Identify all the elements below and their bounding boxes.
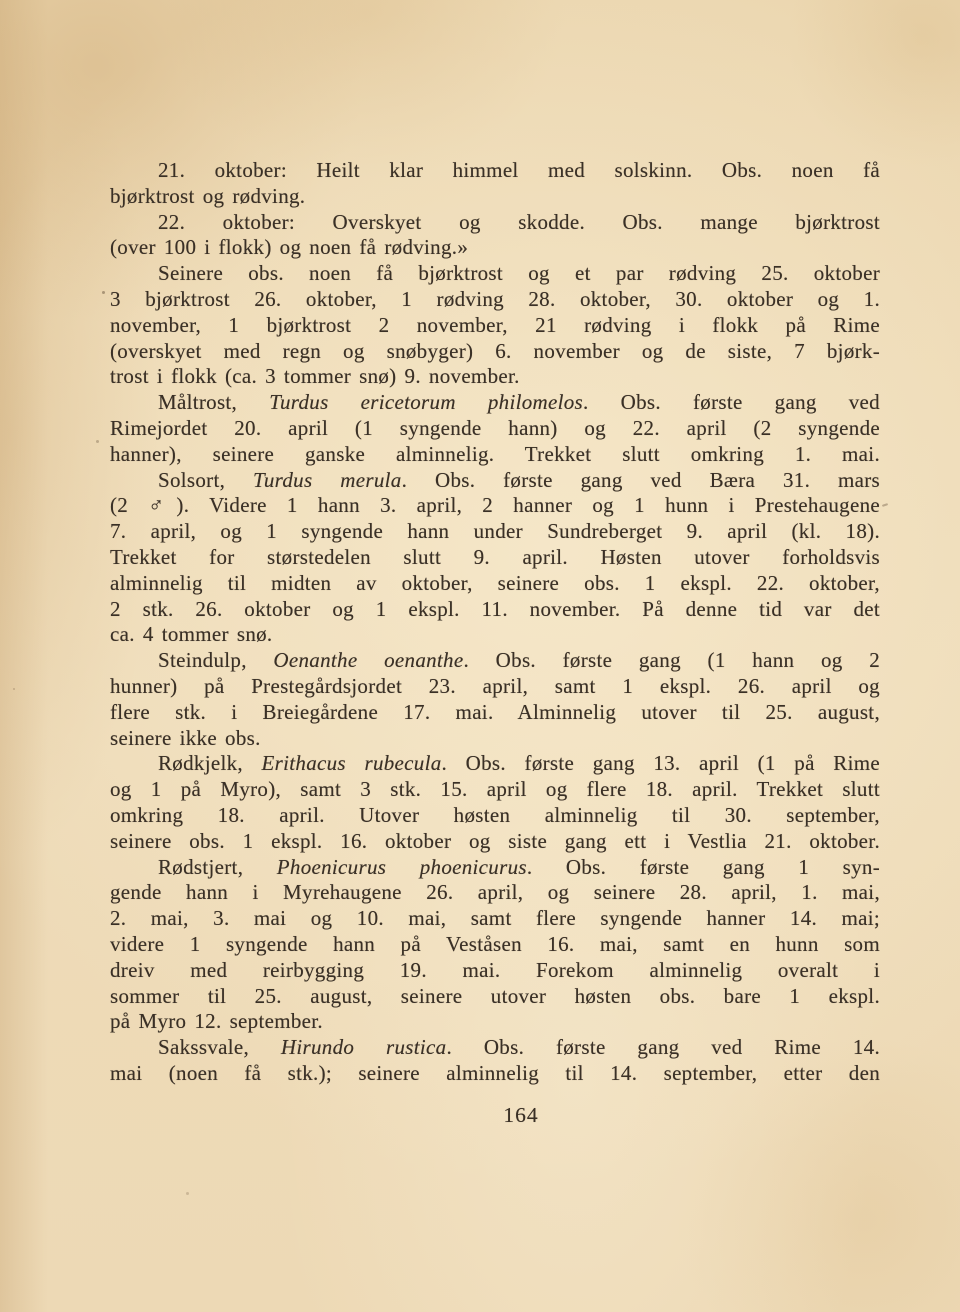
paper-speck bbox=[882, 503, 888, 507]
text-segment: hanner), seinere ganske alminnelig. Trek… bbox=[110, 442, 880, 466]
text-segment: flere stk. i Breiegårdene 17. mai. Almin… bbox=[110, 700, 880, 724]
text-segment: alminnelig til midten av oktober, seiner… bbox=[110, 571, 880, 595]
paragraph: 22. oktober: Overskyet og skodde. Obs. m… bbox=[110, 210, 880, 262]
text-line: ca. 4 tommer snø. bbox=[110, 622, 880, 648]
text-line: 2. mai, 3. mai og 10. mai, samt flere sy… bbox=[110, 906, 880, 932]
text-line: seinere obs. 1 ekspl. 16. oktober og sis… bbox=[110, 829, 880, 855]
text-segment: og 1 på Myro), samt 3 stk. 15. april og … bbox=[110, 777, 880, 801]
text-line: videre 1 syngende hann på Veståsen 16. m… bbox=[110, 932, 880, 958]
text-segment: gende hann i Myrehaugene 26. april, og s… bbox=[110, 880, 880, 904]
text-line: 3 bjørktrost 26. oktober, 1 rødving 28. … bbox=[110, 287, 880, 313]
text-segment: Solsort, bbox=[158, 468, 253, 492]
text-segment: seinere obs. 1 ekspl. 16. oktober og sis… bbox=[110, 829, 880, 853]
text-segment: bjørktrost og rødving. bbox=[110, 184, 305, 208]
text-segment: (over 100 i flokk) og noen få rødving.» bbox=[110, 235, 468, 259]
species-latin-name: Oenanthe oenanthe bbox=[273, 648, 463, 672]
text-line: flere stk. i Breiegårdene 17. mai. Almin… bbox=[110, 700, 880, 726]
text-segment: (overskyet med regn og snøbyger) 6. nove… bbox=[110, 339, 880, 363]
species-latin-name: Phoenicurus phoenicurus bbox=[277, 855, 527, 879]
text-segment: Rimejordet 20. april (1 syngende hann) o… bbox=[110, 416, 880, 440]
text-segment: Rødkjelk, bbox=[158, 751, 262, 775]
text-segment: 3 bjørktrost 26. oktober, 1 rødving 28. … bbox=[110, 287, 880, 311]
text-line: trost i flokk (ca. 3 tommer snø) 9. nove… bbox=[110, 364, 880, 390]
text-segment: videre 1 syngende hann på Veståsen 16. m… bbox=[110, 932, 880, 956]
text-segment: mai (noen få stk.); seinere alminnelig t… bbox=[110, 1061, 880, 1085]
text-line: (overskyet med regn og snøbyger) 6. nove… bbox=[110, 339, 880, 365]
text-segment: dreiv med reirbygging 19. mai. Forekom a… bbox=[110, 958, 880, 982]
paragraph: Måltrost, Turdus ericetorum philomelos. … bbox=[110, 390, 880, 467]
text-line: (2 ♂). Videre 1 hann 3. april, 2 hanner … bbox=[110, 493, 880, 519]
text-line: dreiv med reirbygging 19. mai. Forekom a… bbox=[110, 958, 880, 984]
text-line: gende hann i Myrehaugene 26. april, og s… bbox=[110, 880, 880, 906]
species-latin-name: Hirundo rustica bbox=[281, 1035, 447, 1059]
text-line: bjørktrost og rødving. bbox=[110, 184, 880, 210]
text-line: Rødstjert, Phoenicurus phoenicurus. Obs.… bbox=[110, 855, 880, 881]
text-segment: Steindulp, bbox=[158, 648, 273, 672]
text-line: på Myro 12. september. bbox=[110, 1009, 880, 1035]
species-latin-name: Erithacus rubecula bbox=[262, 751, 442, 775]
text-segment: november, 1 bjørktrost 2 november, 21 rø… bbox=[110, 313, 880, 337]
text-line: omkring 18. april. Utover høsten alminne… bbox=[110, 803, 880, 829]
paragraph: Seinere obs. noen få bjørktrost og et pa… bbox=[110, 261, 880, 390]
text-line: 21. oktober: Heilt klar himmel med solsk… bbox=[110, 158, 880, 184]
text-line: 7. april, og 1 syngende hann under Sundr… bbox=[110, 519, 880, 545]
text-segment: . Obs. første gang (1 hann og 2 bbox=[463, 648, 880, 672]
species-latin-name: Turdus ericetorum philomelos bbox=[269, 390, 583, 414]
text-line: Steindulp, Oenanthe oenanthe. Obs. først… bbox=[110, 648, 880, 674]
text-line: Måltrost, Turdus ericetorum philomelos. … bbox=[110, 390, 880, 416]
text-line: 22. oktober: Overskyet og skodde. Obs. m… bbox=[110, 210, 880, 236]
paragraph: 21. oktober: Heilt klar himmel med solsk… bbox=[110, 158, 880, 210]
text-segment: trost i flokk (ca. 3 tommer snø) 9. nove… bbox=[110, 364, 520, 388]
text-segment: (2 ♂). Videre 1 hann 3. april, 2 hanner … bbox=[110, 493, 880, 517]
book-page: 21. oktober: Heilt klar himmel med solsk… bbox=[0, 0, 960, 1312]
text-segment: . Obs. første gang ved bbox=[583, 390, 880, 414]
species-latin-name: Turdus merula bbox=[253, 468, 402, 492]
text-segment: på Myro 12. september. bbox=[110, 1009, 323, 1033]
text-line: mai (noen få stk.); seinere alminnelig t… bbox=[110, 1061, 880, 1087]
text-line: Sakssvale, Hirundo rustica. Obs. første … bbox=[110, 1035, 880, 1061]
paragraph: Solsort, Turdus merula. Obs. første gang… bbox=[110, 468, 880, 649]
text-line: seinere ikke obs. bbox=[110, 726, 880, 752]
text-segment: 7. april, og 1 syngende hann under Sundr… bbox=[110, 519, 880, 543]
text-segment: seinere ikke obs. bbox=[110, 726, 261, 750]
text-line: Rimejordet 20. april (1 syngende hann) o… bbox=[110, 416, 880, 442]
text-segment: . Obs. første gang ved Rime 14. bbox=[446, 1035, 880, 1059]
text-segment: Trekket for størstedelen slutt 9. april.… bbox=[110, 545, 880, 569]
text-segment: . Obs. første gang ved Bæra 31. mars bbox=[402, 468, 880, 492]
text-line: alminnelig til midten av oktober, seiner… bbox=[110, 571, 880, 597]
text-segment: 22. oktober: Overskyet og skodde. Obs. m… bbox=[158, 210, 880, 234]
text-line: hanner), seinere ganske alminnelig. Trek… bbox=[110, 442, 880, 468]
text-segment: 2. mai, 3. mai og 10. mai, samt flere sy… bbox=[110, 906, 880, 930]
text-line: november, 1 bjørktrost 2 november, 21 rø… bbox=[110, 313, 880, 339]
paper-speck bbox=[102, 291, 105, 294]
text-segment: 2 stk. 26. oktober og 1 ekspl. 11. novem… bbox=[110, 597, 880, 621]
paragraph: Rødstjert, Phoenicurus phoenicurus. Obs.… bbox=[110, 855, 880, 1036]
paragraph: Steindulp, Oenanthe oenanthe. Obs. først… bbox=[110, 648, 880, 751]
text-segment: Sakssvale, bbox=[158, 1035, 281, 1059]
paper-speck bbox=[186, 1192, 189, 1195]
text-line: Trekket for størstedelen slutt 9. april.… bbox=[110, 545, 880, 571]
text-line: 2 stk. 26. oktober og 1 ekspl. 11. novem… bbox=[110, 597, 880, 623]
text-segment: omkring 18. april. Utover høsten alminne… bbox=[110, 803, 880, 827]
text-segment: sommer til 25. august, seinere utover hø… bbox=[110, 984, 880, 1008]
text-line: og 1 på Myro), samt 3 stk. 15. april og … bbox=[110, 777, 880, 803]
text-segment: ca. 4 tommer snø. bbox=[110, 622, 272, 646]
paragraph: Rødkjelk, Erithacus rubecula. Obs. først… bbox=[110, 751, 880, 854]
text-line: (over 100 i flokk) og noen få rødving.» bbox=[110, 235, 880, 261]
text-line: Solsort, Turdus merula. Obs. første gang… bbox=[110, 468, 880, 494]
text-segment: . Obs. første gang 1 syn- bbox=[527, 855, 880, 879]
text-segment: Seinere obs. noen få bjørktrost og et pa… bbox=[158, 261, 880, 285]
paper-speck bbox=[13, 688, 15, 690]
text-segment: Rødstjert, bbox=[158, 855, 277, 879]
paragraph: Sakssvale, Hirundo rustica. Obs. første … bbox=[110, 1035, 880, 1087]
text-line: sommer til 25. august, seinere utover hø… bbox=[110, 984, 880, 1010]
text-line: hunner) på Prestegårdsjordet 23. april, … bbox=[110, 674, 880, 700]
paper-speck bbox=[96, 440, 99, 443]
text-line: Seinere obs. noen få bjørktrost og et pa… bbox=[110, 261, 880, 287]
text-segment: . Obs. første gang 13. april (1 på Rime bbox=[442, 751, 880, 775]
page-text: 21. oktober: Heilt klar himmel med solsk… bbox=[110, 158, 880, 1087]
text-segment: Måltrost, bbox=[158, 390, 269, 414]
text-segment: 21. oktober: Heilt klar himmel med solsk… bbox=[158, 158, 880, 182]
text-line: Rødkjelk, Erithacus rubecula. Obs. først… bbox=[110, 751, 880, 777]
text-segment: hunner) på Prestegårdsjordet 23. april, … bbox=[110, 674, 880, 698]
page-number: 164 bbox=[110, 1103, 880, 1128]
